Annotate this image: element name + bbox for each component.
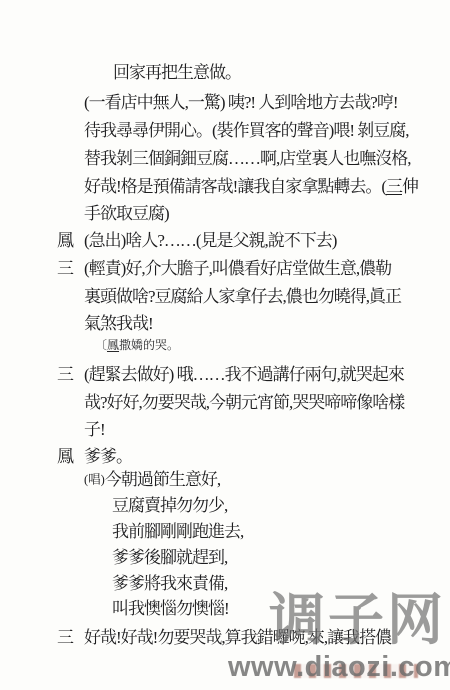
dialogue-line: 子! bbox=[84, 421, 105, 438]
dialogue-line: 三(輕責)好,介大膽子,叫儂看好店堂做生意,儂勒 bbox=[57, 260, 391, 277]
verse-line: 豆腐賣掉勿勿少, bbox=[112, 497, 227, 514]
dialogue-line: 三(趕緊去做好) 哦……我不過講仔兩句,就哭起來 bbox=[57, 366, 404, 383]
line-text: 〔 bbox=[95, 338, 107, 352]
watermark-site-url: www.diaozi.com bbox=[228, 653, 450, 682]
line-text: 今朝過節生意好, bbox=[105, 470, 220, 489]
speaker-label: 三 bbox=[57, 260, 84, 277]
line-text: 撒嬌的哭。 bbox=[119, 338, 179, 352]
line-text: (急出)啥人?……(見是父親,說不下去) bbox=[84, 231, 336, 250]
speaker-label: 鳳 bbox=[57, 448, 84, 465]
speaker-label: 鳳 bbox=[57, 232, 84, 249]
speaker-label: 三 bbox=[57, 366, 84, 383]
character-name: 三 bbox=[386, 177, 402, 196]
verse-line: 爹爹後腳就趕到, bbox=[112, 549, 227, 566]
character-name: 鳳 bbox=[107, 338, 119, 352]
dialogue-line: 氣煞我哉! bbox=[84, 315, 153, 332]
dialogue-line: 鳳爹爹。 bbox=[57, 448, 132, 465]
verse-line: 回家再把生意做。 bbox=[113, 64, 241, 81]
line-text: 好哉!格是預備請客哉!讓我自家拿點轉去。( bbox=[84, 177, 386, 196]
verse-line: (唱)今朝過節生意好, bbox=[84, 471, 220, 489]
dialogue-line: 替我剝三個銅鈿豆腐……啊,店堂裏人也嘸沒格, bbox=[84, 150, 411, 167]
verse-line: 我前腳剛剛跑進去, bbox=[112, 523, 243, 540]
line-text: 爹爹。 bbox=[84, 447, 132, 466]
speaker-label: 三 bbox=[57, 629, 84, 646]
verse-line: 叫我懊惱勿懊惱! bbox=[112, 600, 229, 617]
sing-tag: (唱) bbox=[84, 473, 105, 487]
line-text: 伸 bbox=[402, 177, 418, 196]
scanned-book-page: 回家再把生意做。 (一看店中無人,一驚) 咦?! 人到啥地方去哉?哼! 待我尋尋… bbox=[0, 0, 450, 690]
dialogue-line: 哉?好好,勿要哭哉,今朝元宵節,哭哭啼啼像啥樣 bbox=[84, 394, 404, 411]
dialogue-line: 好哉!格是預備請客哉!讓我自家拿點轉去。(三伸 bbox=[84, 178, 418, 195]
dialogue-line: 鳳(急出)啥人?……(見是父親,說不下去) bbox=[57, 232, 336, 249]
dialogue-line: 手欲取豆腐) bbox=[84, 205, 169, 222]
stage-direction: 〔鳳撒嬌的哭。 bbox=[95, 339, 179, 351]
dialogue-line: (一看店中無人,一驚) 咦?! 人到啥地方去哉?哼! bbox=[84, 94, 398, 111]
line-text: (趕緊去做好) 哦……我不過講仔兩句,就哭起來 bbox=[84, 365, 404, 384]
dialogue-line: 待我尋尋伊開心。(裝作買客的聲音)喂! 剝豆腐, bbox=[84, 122, 408, 139]
watermark-site-name: 调子网 bbox=[269, 592, 446, 648]
verse-line: 爹爹將我來責備, bbox=[112, 575, 227, 592]
dialogue-line: 裏頭做啥?豆腐給人家拿仔去,儂也勿曉得,眞正 bbox=[84, 288, 401, 305]
line-text: (輕責)好,介大膽子,叫儂看好店堂做生意,儂勒 bbox=[84, 259, 391, 278]
